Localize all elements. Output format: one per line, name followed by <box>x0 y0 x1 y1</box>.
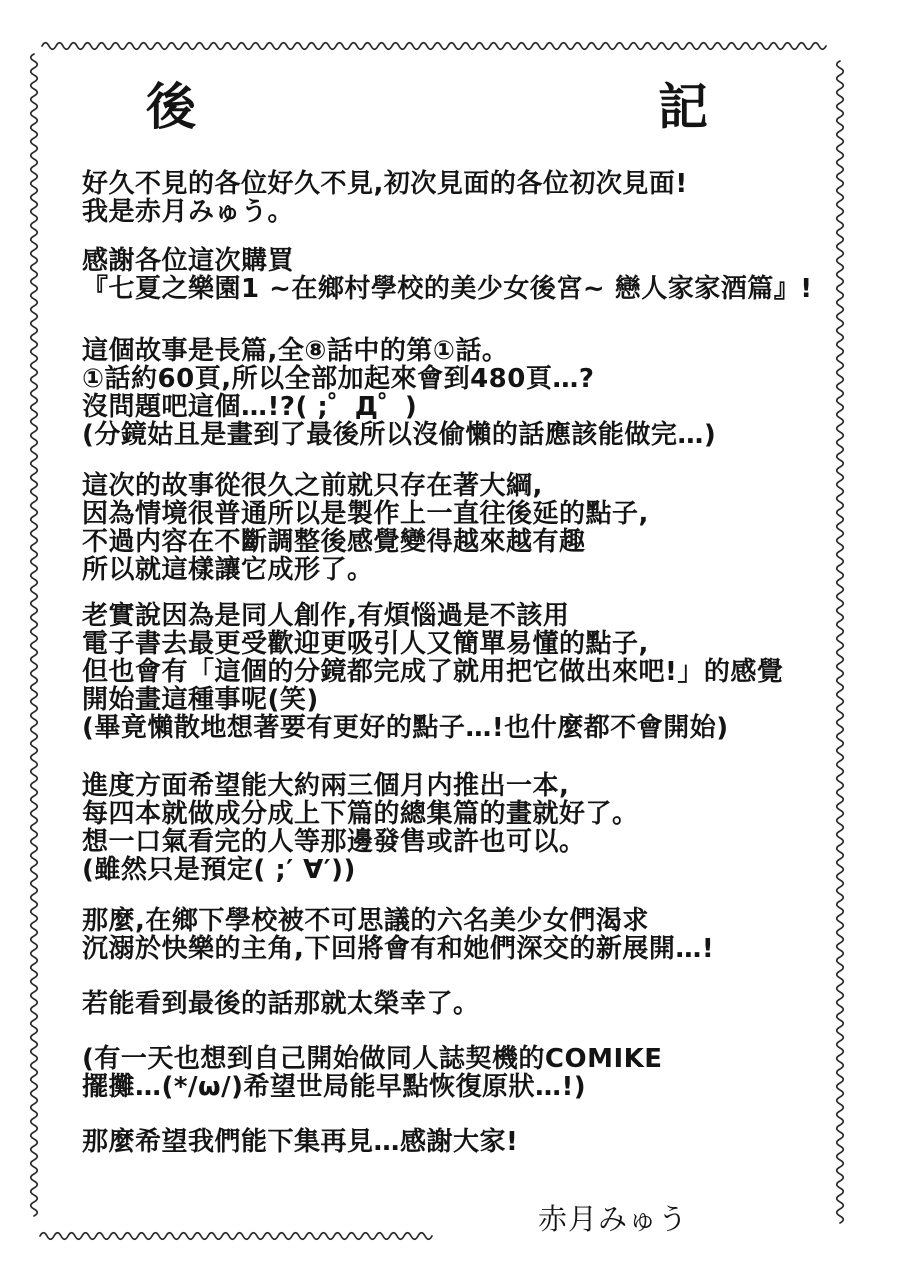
text-line: 沉溺於快樂的主角,下回將會有和她們深交的新展開…! <box>82 935 714 963</box>
afterword-page: 後 記 好久不見的各位好久不見,初次見面的各位初次見面! 我是赤月みゅう。 感謝… <box>0 0 915 1280</box>
paragraph: 這次的故事從很久之前就只存在著大綱, 因為情境很普通所以是製作上一直往後延的點子… <box>82 472 649 584</box>
border-top-wave <box>42 43 826 50</box>
text-line: 我是赤月みゅう。 <box>82 198 688 226</box>
paragraph: (有一天也想到自己開始做同人誌契機的COMIKE 擺攤…(*/ω/)希望世局能早… <box>82 1045 663 1101</box>
text-line: 所以就這樣讓它成形了。 <box>82 556 649 584</box>
paragraph: 那麼,在鄉下學校被不可思議的六名美少女們渴求 沉溺於快樂的主角,下回將會有和她們… <box>82 907 714 963</box>
border-bottom-wave <box>40 1233 432 1240</box>
text-line: 不過内容在不斷調整後感覺變得越來越有趣 <box>82 528 649 556</box>
text-line: 開始畫這種事呢(笑) <box>82 686 783 714</box>
text-line: 沒問題吧這個…!?( ;゜Д゜) <box>82 393 716 421</box>
text-line: 想一口氣看完的人等那邊發售或許也可以。 <box>82 828 639 856</box>
title-char-right: 記 <box>658 80 708 135</box>
border-right-wave <box>837 61 844 1223</box>
text-line: 進度方面希望能大約兩三個月内推出一本, <box>82 772 639 800</box>
text-line: 但也會有「這個的分鏡都完成了就用把它做出來吧!」的感覺 <box>82 658 783 686</box>
text-line: 這次的故事從很久之前就只存在著大綱, <box>82 472 649 500</box>
text-line: 『七夏之樂園1 ~在鄉村學校的美少女後宮~ 戀人家家酒篇』! <box>82 275 813 303</box>
paragraph: 老實說因為是同人創作,有煩惱過是不該用 電子書去最更受歡迎更吸引人又簡單易懂的點… <box>82 602 783 742</box>
text-line: ①話約60頁,所以全部加起來會到480頁…? <box>82 365 716 393</box>
author-signature: 赤月みゅう <box>538 1197 688 1238</box>
text-line: (畢竟懶散地想著要有更好的點子…!也什麼都不會開始) <box>82 714 783 742</box>
page-title: 後 記 <box>146 80 708 135</box>
text-line: 這個故事是長篇,全⑧話中的第①話。 <box>82 337 716 365</box>
paragraph: 好久不見的各位好久不見,初次見面的各位初次見面! 我是赤月みゅう。 <box>82 170 688 226</box>
text-line: (分鏡姑且是畫到了最後所以沒偷懶的話應該能做完…) <box>82 421 716 449</box>
text-line: (有一天也想到自己開始做同人誌契機的COMIKE <box>82 1045 663 1073</box>
text-line: 每四本就做成分成上下篇的總集篇的畫就好了。 <box>82 800 639 828</box>
text-line: (雖然只是預定( ;′ ∀′)) <box>82 856 639 884</box>
text-line: 那麼希望我們能下集再見…感謝大家! <box>82 1128 518 1156</box>
text-line: 好久不見的各位好久不見,初次見面的各位初次見面! <box>82 170 688 198</box>
paragraph: 若能看到最後的話那就太榮幸了。 <box>82 990 480 1018</box>
text-line: 電子書去最更受歡迎更吸引人又簡單易懂的點子, <box>82 630 783 658</box>
paragraph: 進度方面希望能大約兩三個月内推出一本, 每四本就做成分成上下篇的總集篇的畫就好了… <box>82 772 639 884</box>
text-line: 擺攤…(*/ω/)希望世局能早點恢復原狀…!) <box>82 1073 663 1101</box>
text-line: 老實說因為是同人創作,有煩惱過是不該用 <box>82 602 783 630</box>
paragraph: 那麼希望我們能下集再見…感謝大家! <box>82 1128 518 1156</box>
text-line: 感謝各位這次購買 <box>82 247 813 275</box>
text-line: 若能看到最後的話那就太榮幸了。 <box>82 990 480 1018</box>
title-char-left: 後 <box>146 80 196 135</box>
text-line: 那麼,在鄉下學校被不可思議的六名美少女們渴求 <box>82 907 714 935</box>
paragraph: 感謝各位這次購買 『七夏之樂園1 ~在鄉村學校的美少女後宮~ 戀人家家酒篇』! <box>82 247 813 303</box>
border-left-wave <box>31 54 38 1216</box>
paragraph: 這個故事是長篇,全⑧話中的第①話。 ①話約60頁,所以全部加起來會到480頁…?… <box>82 337 716 449</box>
text-line: 因為情境很普通所以是製作上一直往後延的點子, <box>82 500 649 528</box>
